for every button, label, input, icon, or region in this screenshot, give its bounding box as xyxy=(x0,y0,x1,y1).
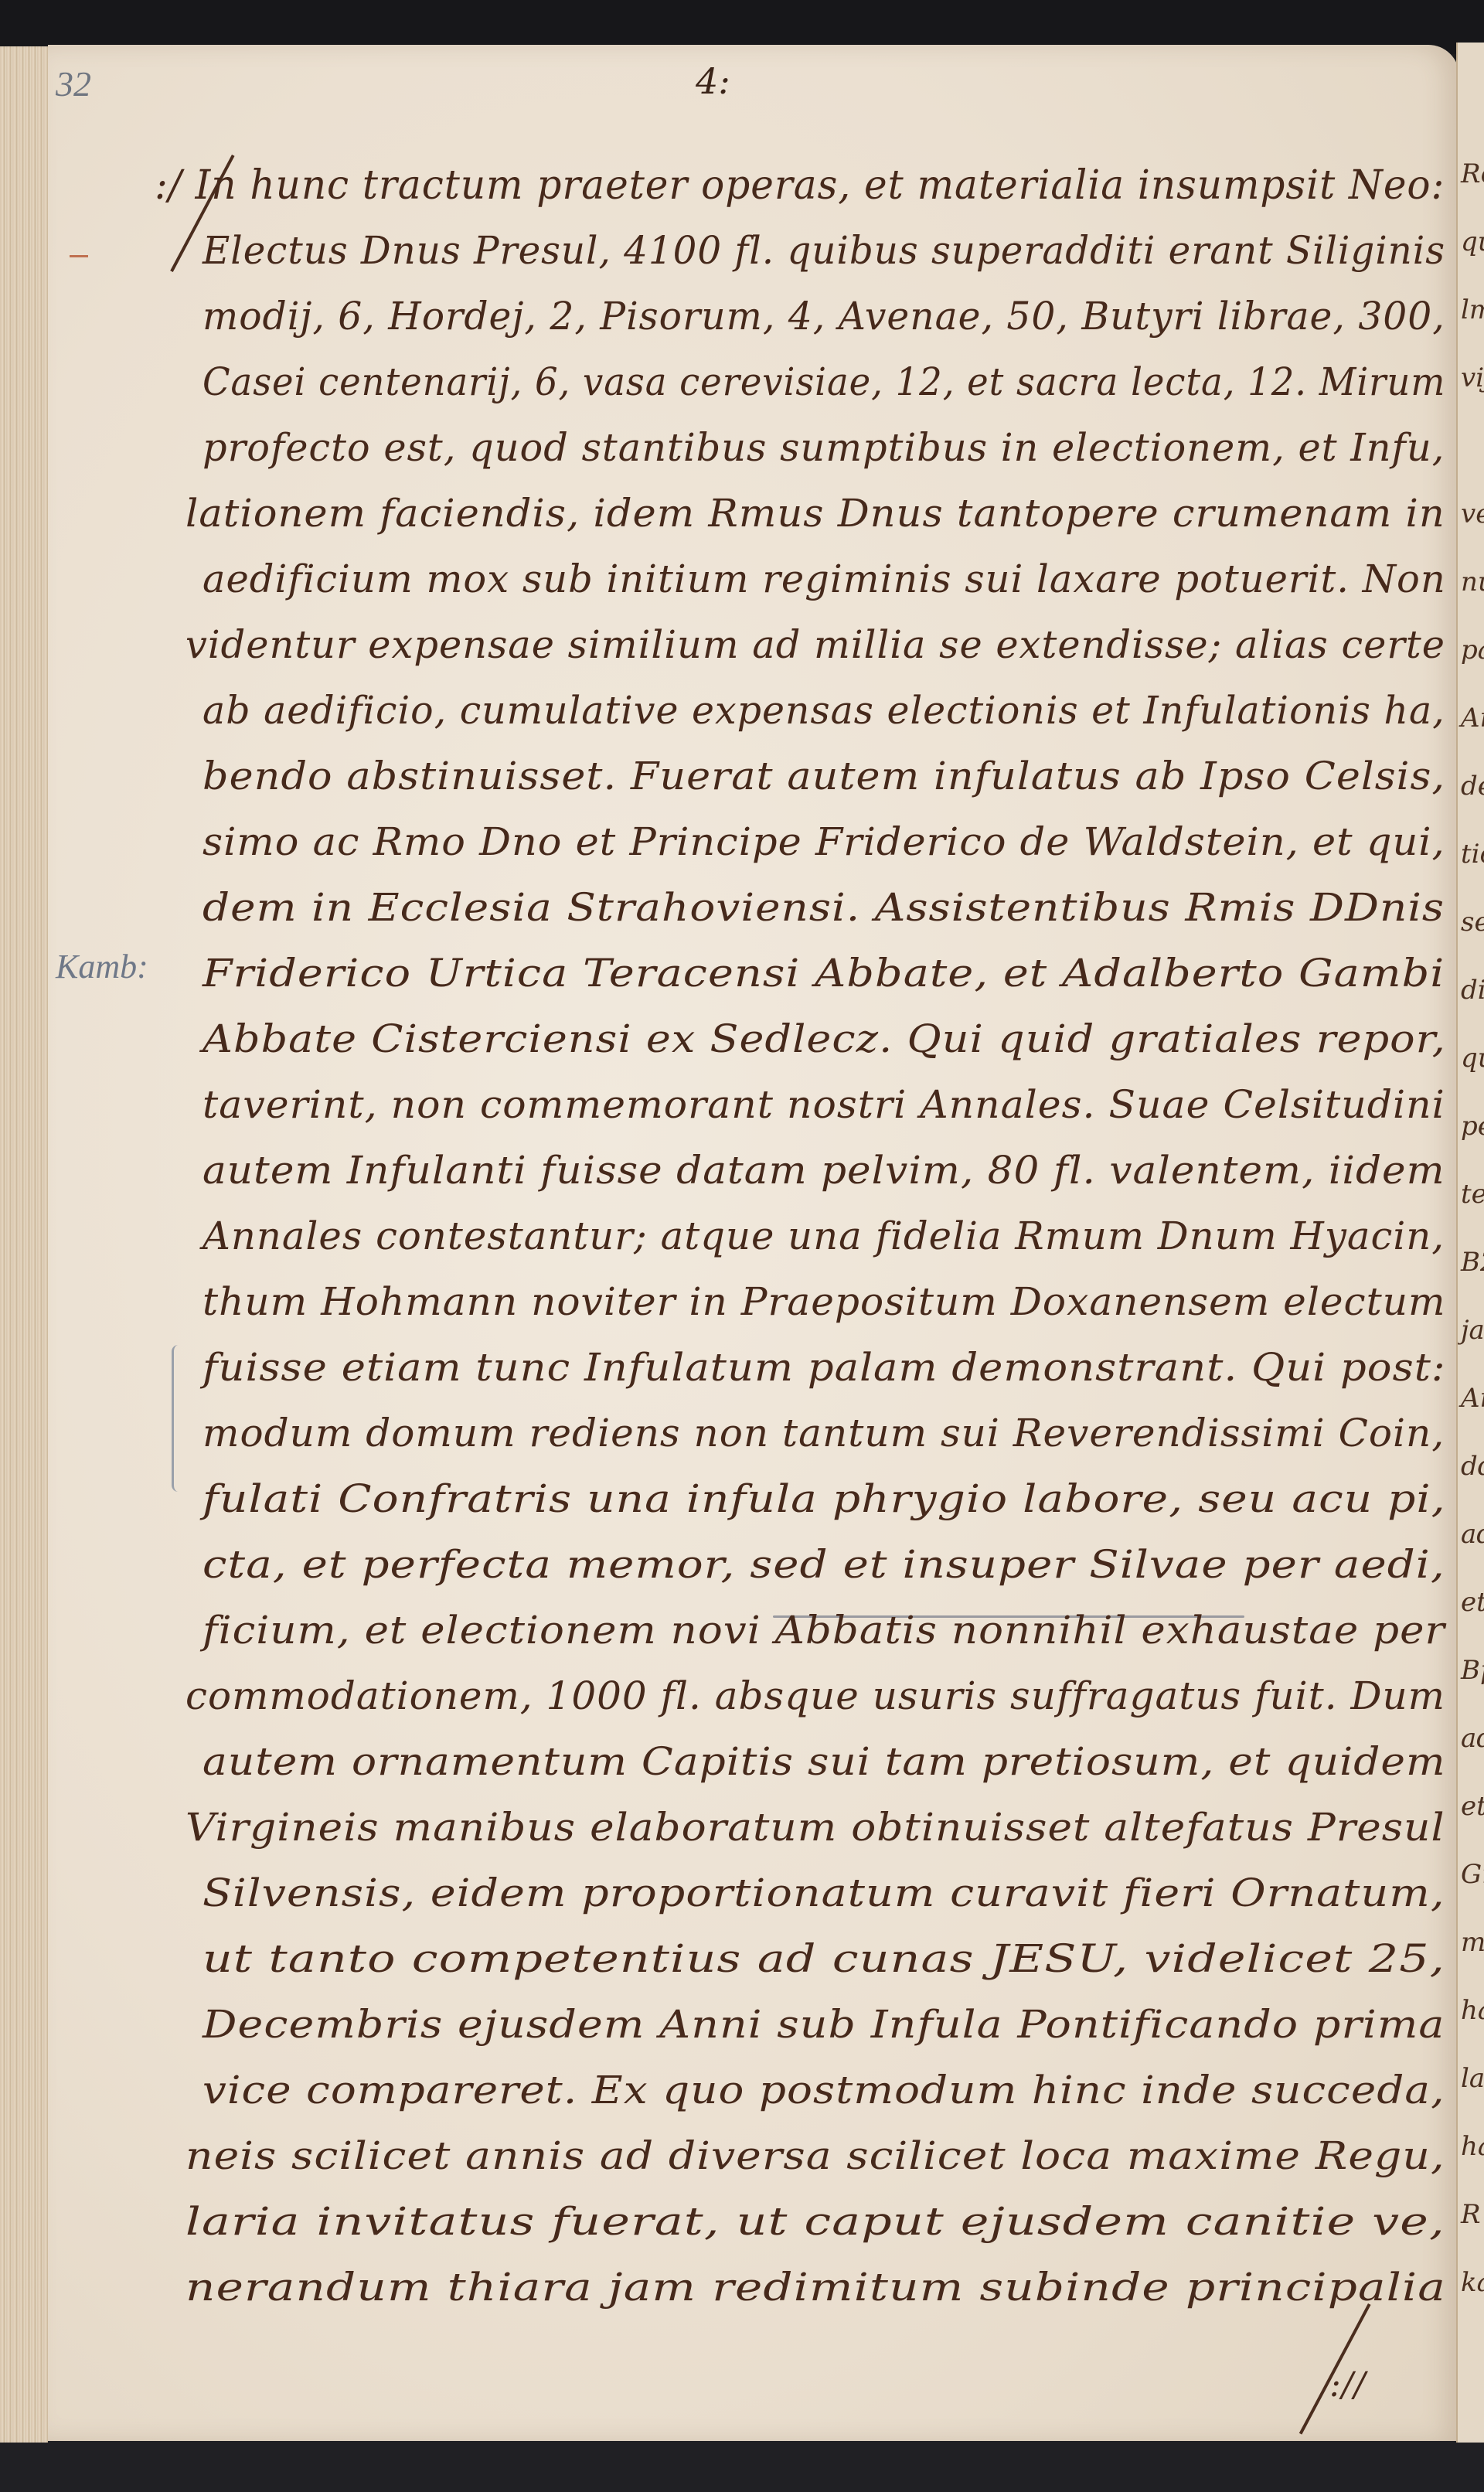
text-line: fulati Confratris una infula phrygio lab… xyxy=(203,1476,1446,1521)
facing-page-fragment: eta xyxy=(1461,1587,1484,1618)
page-header-mark: 4: xyxy=(696,60,730,102)
facing-page-fragment: lmi xyxy=(1461,294,1484,325)
scan-background-bottom xyxy=(0,2435,1484,2492)
text-line: ficium, et electionem novi Abbatis nonni… xyxy=(203,1608,1445,1653)
text-line: Silvensis, eidem proportionatum curavit … xyxy=(203,1871,1445,1915)
facing-page-fragment: se xyxy=(1461,907,1484,938)
text-line: ab aedificio, cumulative expensas electi… xyxy=(203,688,1445,733)
text-line: Friderico Urtica Teracensi Abbate, et Ad… xyxy=(203,951,1445,996)
text-line: ut tanto competentius ad cunas JESU, vid… xyxy=(203,1936,1445,1981)
facing-page-fragment: per xyxy=(1461,1111,1484,1142)
facing-page-fragment: par xyxy=(1461,635,1484,666)
text-line: profecto est, quod stantibus sumptibus i… xyxy=(203,425,1445,470)
facing-page-fragment: Ar xyxy=(1461,703,1484,734)
facing-page-fragment: Gr xyxy=(1461,1859,1484,1890)
text-line: Electus Dnus Presul, 4100 fl. quibus sup… xyxy=(203,228,1445,273)
text-line: vice compareret. Ex quo postmodum hinc i… xyxy=(203,2068,1445,2112)
facing-page-edge: Requamlmivij,versnumparArdemtionsedifqua… xyxy=(1456,43,1484,2443)
text-line: aedificium mox sub initium regiminis sui… xyxy=(203,557,1446,601)
facing-page-fragment: ja xyxy=(1461,1315,1484,1346)
text-line: Casei centenarij, 6, vasa cerevisiae, 12… xyxy=(203,359,1445,404)
text-line: modum domum rediens non tantum sui Rever… xyxy=(203,1411,1445,1455)
facing-page-fragment: R xyxy=(1461,2199,1481,2230)
margin-note-kamb: Kamb: xyxy=(56,947,148,986)
facing-page-fragment: dd xyxy=(1461,1451,1484,1482)
text-line: videntur expensae similium ad millia se … xyxy=(185,622,1445,667)
text-line: taverint, non commemorant nostri Annales… xyxy=(203,1082,1445,1127)
facing-page-fragment: Bp xyxy=(1461,1655,1484,1686)
text-line: simo ac Rmo Dno et Principe Friderico de… xyxy=(203,819,1445,864)
facing-page-fragment: dem xyxy=(1461,771,1484,802)
facing-page-fragment: num xyxy=(1461,567,1484,597)
text-line: thum Hohmann noviter in Praepositum Doxa… xyxy=(203,1279,1445,1324)
facing-page-fragment: ad xyxy=(1461,1519,1484,1550)
facing-page-fragment: Re xyxy=(1461,158,1484,189)
facing-page-fragment: ma xyxy=(1461,1927,1484,1958)
text-line: cta, et perfecta memor, sed et insuper S… xyxy=(203,1542,1445,1587)
facing-page-fragment: ka xyxy=(1461,2267,1484,2298)
facing-page-fragment: et xyxy=(1461,1791,1484,1822)
folio-number: 32 xyxy=(56,63,91,104)
text-line: autem Infulanti fuisse datam pelvim, 80 … xyxy=(203,1148,1445,1193)
facing-page-fragment: la xyxy=(1461,2063,1484,2094)
facing-page-fragment: ha xyxy=(1461,2131,1484,2162)
facing-page-fragment: tion xyxy=(1461,839,1484,870)
text-line: laria invitatus fuerat, ut caput ejusdem… xyxy=(185,2199,1445,2244)
text-line: nerandum thiara jam redimitum subinde pr… xyxy=(185,2265,1446,2310)
text-line: Decembris ejusdem Anni sub Infula Pontif… xyxy=(203,2002,1445,2047)
facing-page-fragment: ha xyxy=(1461,1995,1484,2026)
text-line: fuisse etiam tunc Infulatum palam demons… xyxy=(203,1345,1446,1390)
text-line: :/ In hunc tractum praeter operas, et ma… xyxy=(155,162,1445,209)
page-stack-edge xyxy=(0,46,48,2443)
facing-page-fragment: Ar xyxy=(1461,1383,1484,1414)
facing-page-fragment: vers xyxy=(1461,499,1484,529)
text-line: Virgineis manibus elaboratum obtinuisset… xyxy=(185,1805,1445,1850)
text-line: bendo abstinuisset. Fuerat autem infulat… xyxy=(203,754,1445,798)
margin-pencil-bracket xyxy=(172,1345,185,1492)
text-line: Abbate Cisterciensi ex Sedlecz. Qui quid… xyxy=(203,1016,1446,1061)
facing-page-fragment: dif xyxy=(1461,975,1484,1006)
text-line: commodationem, 1000 fl. absque usuris su… xyxy=(185,1673,1445,1718)
facing-page-fragment: B2 xyxy=(1461,1247,1484,1278)
text-line: autem ornamentum Capitis sui tam pretios… xyxy=(203,1739,1446,1784)
text-line: modij, 6, Hordej, 2, Pisorum, 4, Avenae,… xyxy=(203,294,1445,339)
facing-page-fragment: vij, xyxy=(1461,363,1484,393)
margin-red-tick xyxy=(70,255,88,257)
facing-page-fragment: ten xyxy=(1461,1179,1484,1210)
text-line: Annales contestantur; atque una fidelia … xyxy=(203,1214,1445,1258)
text-line: neis scilicet annis ad diversa scilicet … xyxy=(185,2133,1445,2178)
facing-page-fragment: ad xyxy=(1461,1723,1484,1754)
facing-page-fragment: quam xyxy=(1461,226,1484,257)
closing-mark: :// xyxy=(1329,2365,1366,2405)
facing-page-fragment: qua xyxy=(1461,1043,1484,1074)
text-line: dem in Ecclesia Strahoviensi. Assistenti… xyxy=(203,885,1445,930)
text-line: lationem faciendis, idem Rmus Dnus tanto… xyxy=(185,491,1445,536)
